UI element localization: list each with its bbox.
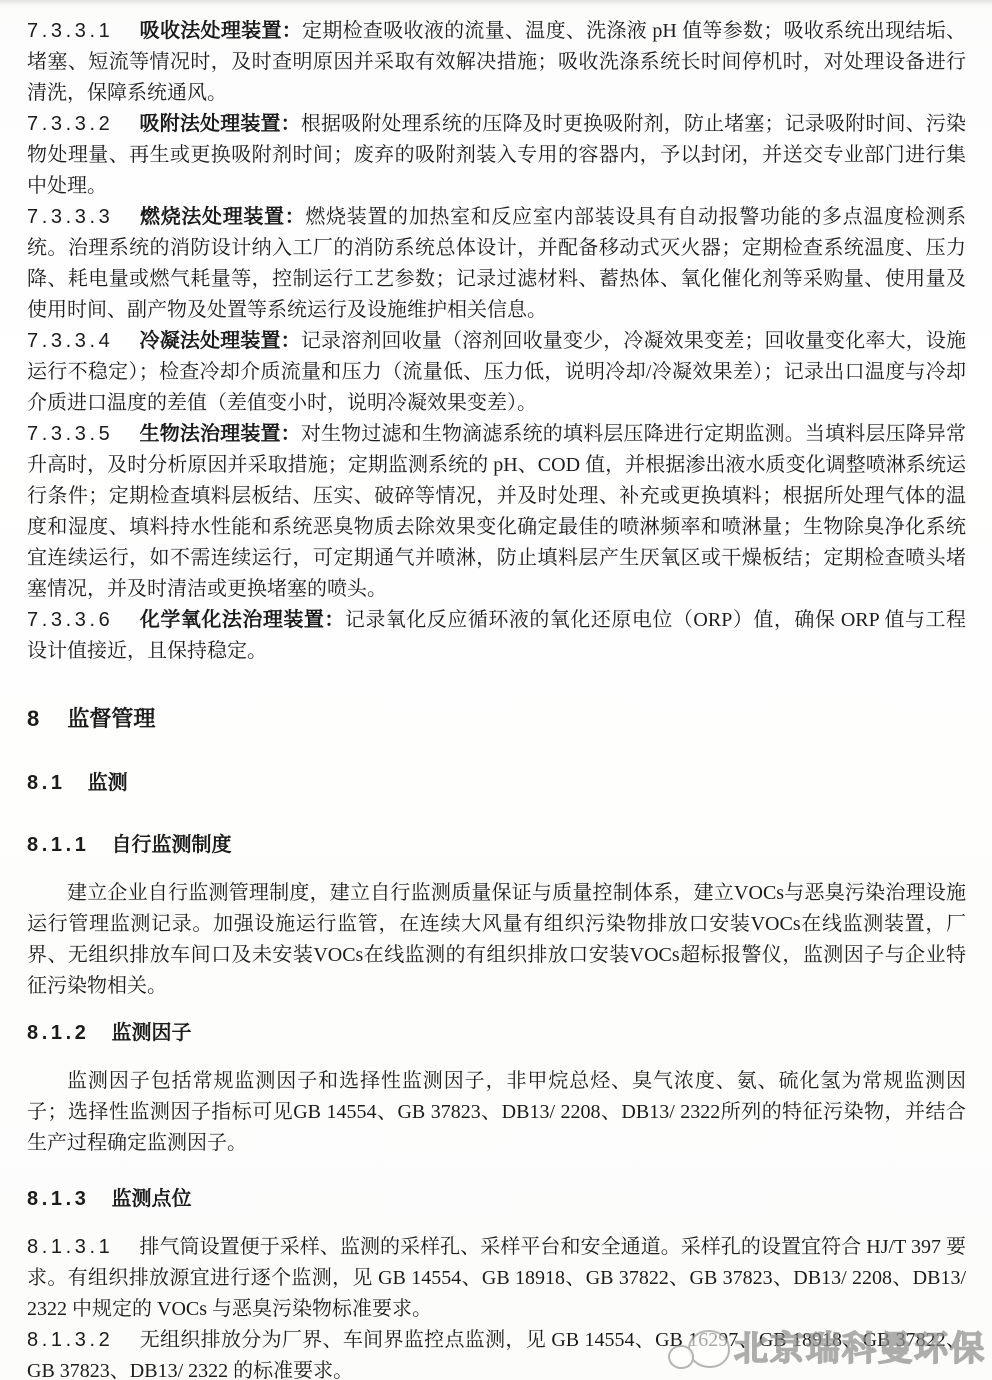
clause-number: 7.3.3.5: [27, 423, 113, 445]
heading-title: 监督管理: [67, 706, 155, 731]
heading-number: 8: [27, 706, 43, 731]
clause-7-3-3-2: 7.3.3.2吸附法处理装置：根据吸附处理系统的压降及时更换吸附剂，防止堵塞；记…: [27, 109, 966, 202]
subsection-heading-8-1-2: 8.1.2监测因子: [27, 1018, 966, 1049]
clause-7-3-3-6: 7.3.3.6化学氧化法治理装置：记录氧化反应循环液的氧化还原电位（ORP）值，…: [27, 605, 966, 667]
clause-lead: 化学氧化法治理装置：: [139, 609, 345, 631]
clause-lead: 冷凝法处理装置：: [139, 330, 300, 352]
clause-lead: 生物法治理装置：: [139, 423, 300, 445]
chapter-heading-8: 8监督管理: [27, 703, 966, 734]
heading-title: 监测因子: [111, 1022, 191, 1044]
clause-number: 7.3.3.4: [27, 330, 113, 352]
clause-7-3-3-1: 7.3.3.1吸收法处理装置：定期检查吸收液的流量、温度、洗涤液 pH 值等参数…: [27, 16, 966, 109]
clause-lead: 吸附法处理装置：: [139, 113, 300, 135]
heading-title: 监测点位: [111, 1188, 191, 1210]
subsection-heading-8-1-1: 8.1.1自行监测制度: [27, 830, 966, 861]
heading-number: 8.1: [27, 772, 66, 794]
heading-title: 自行监测制度: [111, 834, 231, 856]
clause-number: 7.3.3.2: [27, 113, 113, 135]
clause-7-3-3-3: 7.3.3.3燃烧法处理装置：燃烧装置的加热室和反应室内部装设具有自动报警功能的…: [27, 202, 966, 326]
clause-7-3-3-5: 7.3.3.5生物法治理装置：对生物过滤和生物滴滤系统的填料层压降进行定期监测。…: [27, 419, 966, 605]
heading-number: 8.1.2: [27, 1022, 89, 1044]
clause-lead: 燃烧法处理装置：: [139, 206, 305, 228]
clause-7-3-3-4: 7.3.3.4冷凝法处理装置：记录溶剂回收量（溶剂回收量变少，冷凝效果变差；回收…: [27, 326, 966, 419]
spacer: [27, 1159, 966, 1184]
spacer: [27, 1002, 966, 1018]
clause-text: 排气筒设置便于采样、监测的采样孔、采样平台和安全通道。采样孔的设置宜符合 HJ/…: [27, 1236, 966, 1320]
heading-title: 监测: [88, 772, 128, 794]
document-page: 7.3.3.1吸收法处理装置：定期检查吸收液的流量、温度、洗涤液 pH 值等参数…: [0, 0, 992, 1380]
heading-number: 8.1.3: [27, 1188, 89, 1210]
clause-lead: 吸收法处理装置：: [139, 20, 302, 42]
paragraph-8-1-2: 监测因子包括常规监测因子和选择性监测因子，非甲烷总烃、臭气浓度、氨、硫化氢为常规…: [27, 1066, 966, 1159]
clause-number: 8.1.3.1: [27, 1236, 113, 1258]
heading-number: 8.1.1: [27, 834, 89, 856]
clause-8-1-3-2: 8.1.3.2无组织排放分为厂界、车间界监控点监测，见 GB 14554、GB …: [27, 1325, 966, 1380]
clause-number: 7.3.3.6: [27, 609, 113, 631]
subsection-heading-8-1-3: 8.1.3监测点位: [27, 1184, 966, 1215]
clause-text: 对生物过滤和生物滴滤系统的填料层压降进行定期监测。当填料层压降异常升高时，及时分…: [27, 423, 966, 600]
clause-8-1-3-1: 8.1.3.1排气筒设置便于采样、监测的采样孔、采样平台和安全通道。采样孔的设置…: [27, 1232, 966, 1325]
clause-text: 无组织排放分为厂界、车间界监控点监测，见 GB 14554、GB 16297、G…: [27, 1329, 966, 1380]
clause-number: 7.3.3.3: [27, 206, 113, 228]
paragraph-8-1-1: 建立企业自行监测管理制度，建立自行监测质量保证与质量控制体系，建立VOCs与恶臭…: [27, 878, 966, 1002]
clause-number: 7.3.3.1: [27, 20, 113, 42]
spacer: [27, 815, 966, 830]
section-heading-8-1: 8.1监测: [27, 768, 966, 799]
clause-number: 8.1.3.2: [27, 1329, 113, 1351]
